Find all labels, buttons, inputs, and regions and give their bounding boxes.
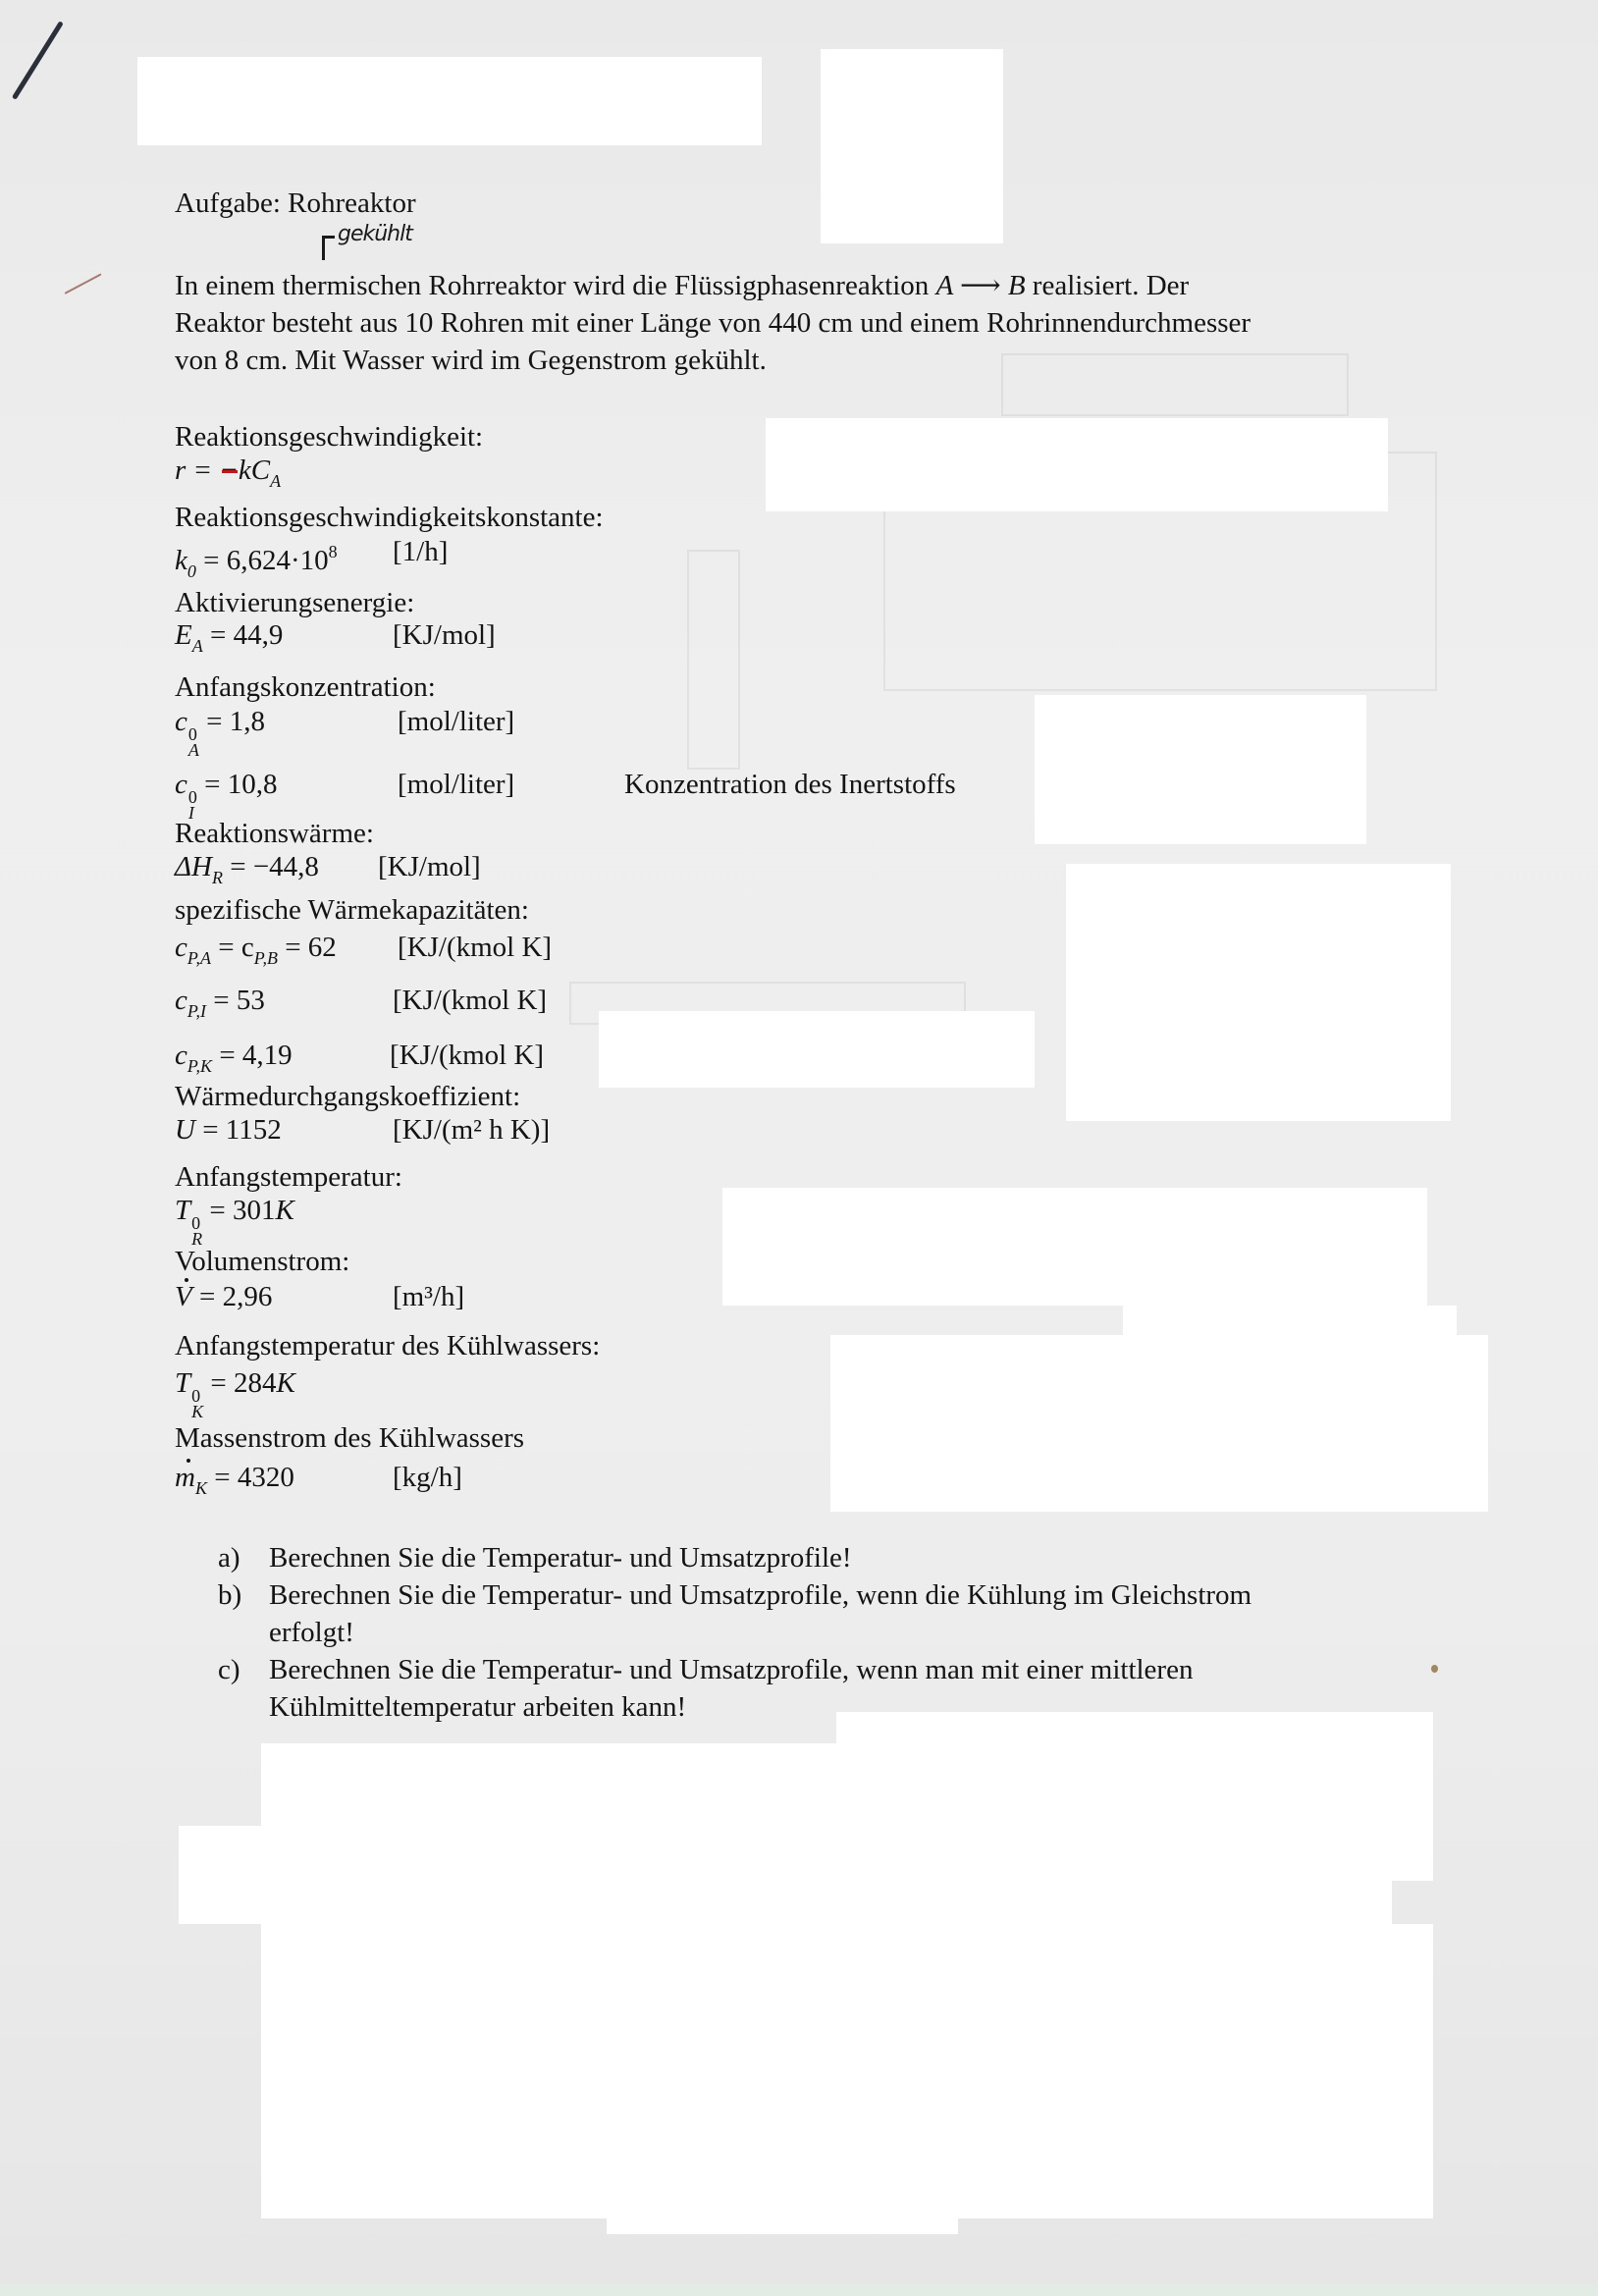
parameter-unit: [KJ/(kmol K]	[390, 1039, 544, 1072]
task-text: Berechnen Sie die Temperatur- und Umsatz…	[269, 1651, 1193, 1726]
redaction-box	[830, 1335, 1488, 1512]
parameter-formula: V = 2,96	[175, 1280, 272, 1313]
parameter-symbol: ΔH	[175, 851, 212, 882]
parameter-formula: c0A = 1,8	[175, 705, 265, 758]
intro-text: realisiert. Der	[1033, 270, 1189, 301]
page-title: Aufgabe: Rohreaktor	[175, 187, 416, 220]
parameter-indices: 0A	[188, 726, 199, 758]
intro-text: In einem thermischen Rohrreaktor wird di…	[175, 270, 929, 301]
parameter-label: Volumenstrom:	[175, 1245, 349, 1278]
intro-line-1: In einem thermischen Rohrreaktor wird di…	[175, 267, 1451, 304]
subscript: P,K	[187, 1056, 212, 1076]
parameter-formula: cP,A = cP,B = 62	[175, 931, 337, 975]
parameter-unit: [kg/h]	[393, 1461, 462, 1494]
parameter-note: Konzentration des Inertstoffs	[624, 768, 956, 801]
parameter-symbol: k	[175, 545, 187, 576]
task-item: a) Berechnen Sie die Temperatur- und Ums…	[218, 1539, 1252, 1576]
parameter-unit: [m³/h]	[393, 1280, 464, 1313]
parameter-formula: ΔHR = −44,8	[175, 850, 319, 894]
parameter-indices: 0K	[191, 1388, 203, 1419]
task-item: c) Berechnen Sie die Temperatur- und Ums…	[218, 1651, 1252, 1726]
parameter-unit: [mol/liter]	[398, 768, 514, 801]
parameter-formula: r = −kCA	[175, 454, 281, 498]
subscript: P,A	[187, 948, 211, 968]
task-item: b) Berechnen Sie die Temperatur- und Ums…	[218, 1576, 1252, 1651]
parameter-label: Reaktionswärme:	[175, 817, 374, 850]
parameter-value: = 1,8	[199, 706, 265, 737]
intro-line-3: von 8 cm. Mit Wasser wird im Gegenstrom …	[175, 342, 1451, 379]
parameter-value: = −44,8	[223, 851, 319, 882]
reaction-formula: A ⟶ B	[936, 270, 1026, 301]
parameter-symbol: m	[175, 1461, 195, 1494]
parameter-symbol: r	[175, 454, 186, 486]
parameter-formula: mK = 4320	[175, 1461, 294, 1505]
redaction-box	[137, 57, 762, 145]
redaction-box	[607, 2216, 958, 2234]
subscript: A	[188, 742, 199, 758]
parameter-formula: cP,I = 53	[175, 984, 265, 1028]
arrow-icon	[322, 236, 335, 260]
subscript: K	[195, 1478, 207, 1498]
parameter-symbol: E	[175, 619, 192, 651]
parameter-unit: [KJ/(kmol K]	[398, 931, 552, 964]
intro-paragraph: In einem thermischen Rohrreaktor wird di…	[175, 267, 1451, 379]
superscript: 8	[329, 542, 338, 561]
stain-mark	[1431, 1665, 1438, 1673]
task-list: a) Berechnen Sie die Temperatur- und Ums…	[218, 1539, 1252, 1726]
redaction-box	[1066, 864, 1451, 1121]
showthrough-box	[687, 550, 740, 770]
subscript: 0	[187, 561, 196, 581]
parameter-value: = 284	[203, 1367, 276, 1399]
parameter-formula: c0I = 10,8	[175, 768, 277, 821]
parameter-formula: k0 = 6,624·108	[175, 535, 338, 588]
parameter-label: Aktivierungsenergie:	[175, 586, 414, 619]
parameter-formula: U = 1152	[175, 1113, 282, 1147]
task-label: b)	[218, 1576, 269, 1651]
parameter-value: = 10,8	[197, 769, 278, 800]
parameter-label: spezifische Wärmekapazitäten:	[175, 893, 529, 927]
parameter-value: = 301	[202, 1195, 275, 1226]
parameter-value: = 1152	[195, 1114, 282, 1146]
correction-mark	[222, 470, 238, 473]
parameter-value: = 4,19	[212, 1040, 293, 1071]
task-label: c)	[218, 1651, 269, 1726]
parameter-symbol: c	[175, 985, 187, 1016]
subscript: K	[191, 1404, 203, 1419]
handwritten-note: gekühlt	[338, 222, 412, 246]
parameter-symbol: c	[175, 769, 187, 800]
subscript: A	[270, 471, 281, 491]
parameter-unit: [mol/liter]	[398, 705, 514, 738]
task-text: Berechnen Sie die Temperatur- und Umsatz…	[269, 1539, 852, 1576]
parameter-symbol: T	[175, 1195, 190, 1226]
redaction-box	[261, 1924, 1433, 2218]
parameter-unit: [KJ/(kmol K]	[393, 984, 547, 1017]
task-label: a)	[218, 1539, 269, 1576]
parameter-symbol: V	[175, 1280, 192, 1313]
parameter-formula: T0K = 284K	[175, 1366, 295, 1419]
parameter-label: Reaktionsgeschwindigkeitskonstante:	[175, 501, 604, 534]
parameter-symbol: U	[175, 1114, 195, 1146]
intro-line-2: Reaktor besteht aus 10 Rohren mit einer …	[175, 304, 1451, 342]
parameter-formula: cP,K = 4,19	[175, 1039, 293, 1083]
parameter-label: Anfangskonzentration:	[175, 670, 436, 704]
parameter-value: = 2,96	[192, 1281, 273, 1312]
parameter-symbol: c	[175, 1040, 187, 1071]
parameter-unit: [KJ/mol]	[393, 618, 496, 652]
parameter-unit: [KJ/mol]	[378, 850, 481, 883]
parameter-unit-symbol: K	[276, 1195, 294, 1226]
parameter-formula: EA = 44,9	[175, 618, 283, 663]
parameter-unit: [KJ/(m² h K)]	[393, 1113, 550, 1147]
parameter-symbol: T	[175, 1367, 190, 1399]
task-text: Berechnen Sie die Temperatur- und Umsatz…	[269, 1576, 1252, 1651]
parameter-value: = c	[211, 932, 254, 963]
redaction-box	[1035, 695, 1366, 844]
parameter-value: = 6,624·10	[196, 545, 329, 576]
subscript: A	[192, 636, 203, 656]
parameter-value: = 4320	[207, 1462, 294, 1493]
redaction-box	[821, 49, 1003, 243]
redaction-box	[722, 1188, 1427, 1306]
redaction-box	[766, 418, 1388, 511]
subscript: R	[212, 868, 223, 887]
parameter-label: Anfangstemperatur des Kühlwassers:	[175, 1329, 600, 1362]
scan-edge	[0, 2284, 1598, 2296]
parameter-formula: T0R = 301K	[175, 1194, 294, 1247]
subscript: P,B	[254, 948, 278, 968]
redaction-box	[599, 1011, 1035, 1088]
parameter-symbol: c	[175, 932, 187, 963]
parameter-label: Anfangstemperatur:	[175, 1160, 402, 1194]
parameter-label: Wärmedurchgangskoeffizient:	[175, 1080, 520, 1113]
parameter-value: = 44,9	[203, 619, 284, 651]
parameter-label: Reaktionsgeschwindigkeit:	[175, 420, 483, 454]
redaction-box	[1123, 1306, 1457, 1335]
parameter-value: = 62	[278, 932, 337, 963]
parameter-label: Massenstrom des Kühlwassers	[175, 1421, 524, 1455]
parameter-indices: 0R	[191, 1215, 202, 1247]
parameter-unit: [1/h]	[393, 535, 448, 568]
parameter-value: = 53	[206, 985, 265, 1016]
redaction-box	[179, 1826, 1392, 1924]
parameter-unit-symbol: K	[277, 1367, 295, 1399]
parameter-symbol: c	[175, 706, 187, 737]
subscript: P,I	[187, 1001, 206, 1021]
